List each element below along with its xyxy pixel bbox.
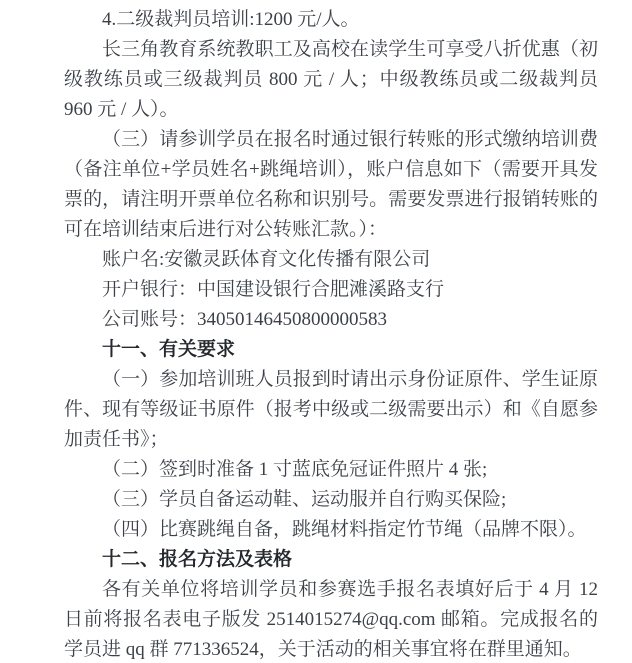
paragraph-level2-referee-fee: 4.二级裁判员培训:1200 元/人。 [64,5,598,35]
paragraph-account-number: 公司账号：34050146450800000583 [64,305,598,335]
paragraph-account-name: 账户名:安徽灵跃体育文化传播有限公司 [64,245,598,275]
paragraph-discount-policy: 长三角教育系统教职工及高校在读学生可享受八折优惠（初级教练员或三级裁判员 800… [64,35,598,125]
paragraph-requirement-2: （二）签到时准备 1 寸蓝底免冠证件照片 4 张; [64,455,598,485]
paragraph-registration-method: 各有关单位将培训学员和参赛选手报名表填好后于 4 月 12 日前将报名表电子版发… [64,575,598,663]
paragraph-bank-name: 开户银行：中国建设银行合肥滩溪路支行 [64,275,598,305]
paragraph-requirement-3: （三）学员自备运动鞋、运动服并自行购买保险; [64,485,598,515]
paragraph-payment-instructions: （三）请参训学员在报名时通过银行转账的形式缴纳培训费（备注单位+学员姓名+跳绳培… [64,125,598,245]
document-page: 4.二级裁判员培训:1200 元/人。 长三角教育系统教职工及高校在读学生可享受… [0,0,632,663]
paragraph-requirement-1: （一）参加培训班人员报到时请出示身份证原件、学生证原件、现有等级证书原件（报考中… [64,365,598,455]
paragraph-requirement-4: （四）比赛跳绳自备，跳绳材料指定竹节绳（品牌不限）。 [64,515,598,545]
section-heading-requirements: 十一、有关要求 [64,335,598,365]
section-heading-registration: 十二、报名方法及表格 [64,545,598,575]
